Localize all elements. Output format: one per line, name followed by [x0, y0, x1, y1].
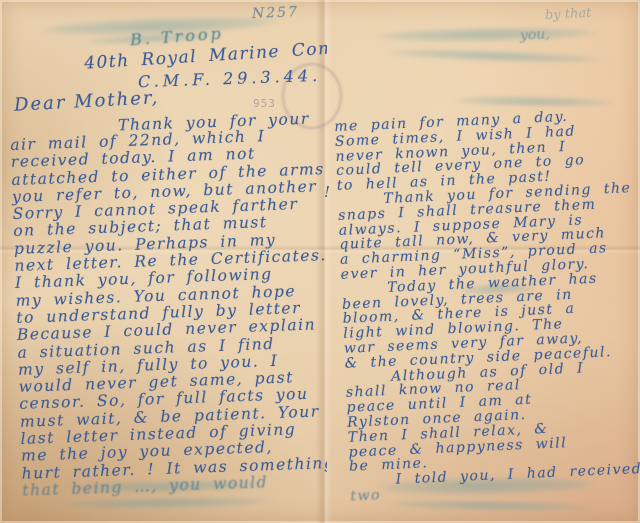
fold-ink-fragment: !	[324, 183, 330, 201]
right-page: me pain for many a day.Some times, I wis…	[328, 0, 640, 523]
right-page-body: me pain for many a day.Some times, I wis…	[334, 106, 640, 504]
corner-mark: N257	[252, 4, 300, 22]
salutation: Dear Mother,	[14, 87, 160, 116]
left-page-body: air mail of 22nd, which Ireceived today.…	[10, 125, 327, 500]
letter-page-spread: 953 N257 B. Troop 40th Royal Marine Comm…	[0, 0, 640, 523]
faded-fragment-top-right: by that	[545, 6, 592, 23]
faded-fragment-top-right-2: you,	[520, 26, 551, 44]
left-page: N257 B. Troop 40th Royal Marine Commando…	[0, 0, 327, 523]
location-date-line: C.M.F. 29.3.44.	[138, 66, 322, 91]
